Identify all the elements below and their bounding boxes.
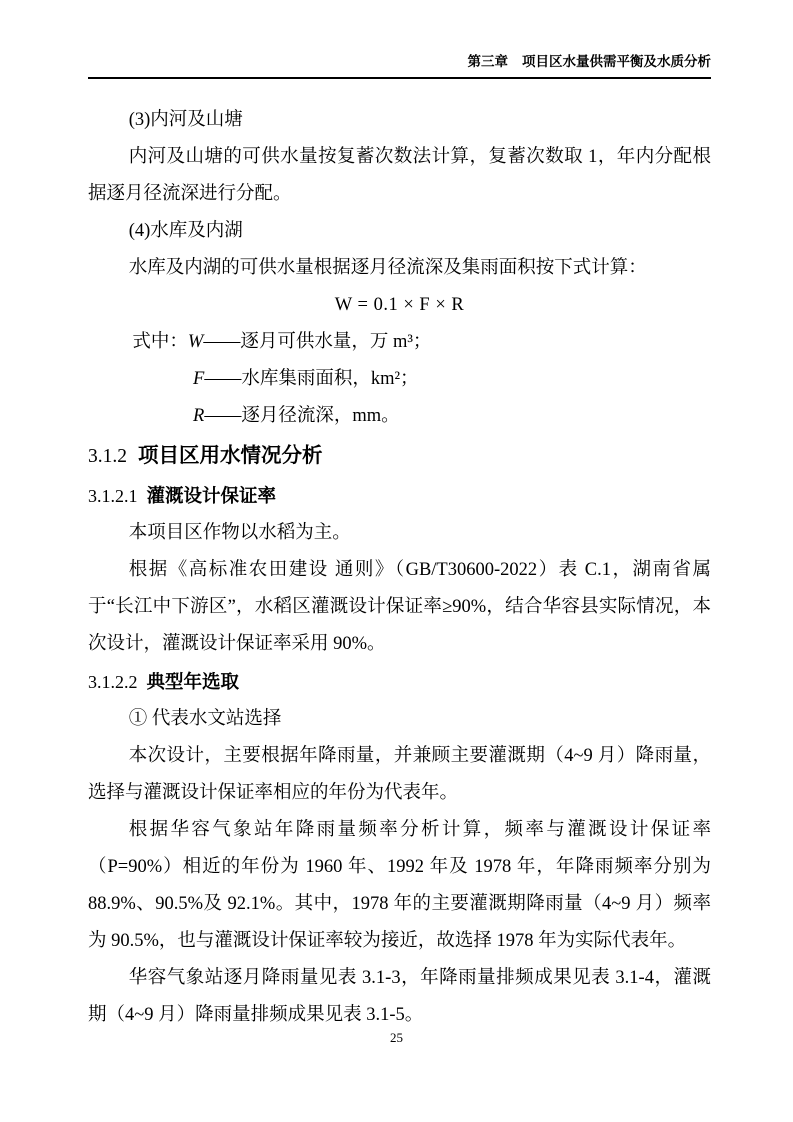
where-label: 式中： bbox=[132, 332, 188, 352]
definition-r: ——逐月径流深，mm。 bbox=[204, 406, 399, 426]
heading-3-1-2-1-irrigation-guarantee: 3.1.2.1灌溉设计保证率 bbox=[88, 477, 711, 515]
heading-number: 3.1.2 bbox=[88, 446, 127, 467]
header-chapter: 第三章 bbox=[468, 50, 509, 70]
document-page: 第三章 项目区水量供需平衡及水质分析 (3)内河及山塘 内河及山塘的可供水量按复… bbox=[0, 0, 793, 1122]
paragraph-frequency: 根据华容气象站年降雨量频率分析计算，频率与灌溉设计保证率（P=90%）相近的年份… bbox=[88, 812, 711, 960]
formula-def-line: F——水库集雨面积，km²； bbox=[88, 361, 711, 398]
heading-text: 典型年选取 bbox=[147, 671, 240, 692]
paragraph-inner-rivers-title: (3)内河及山塘 bbox=[88, 102, 711, 139]
page-number: 25 bbox=[390, 1030, 403, 1045]
heading-text: 灌溉设计保证率 bbox=[147, 485, 277, 506]
paragraph-reservoir-intro: 水库及内湖的可供水量根据逐月径流深及集雨面积按下式计算： bbox=[88, 250, 711, 287]
symbol-w: W bbox=[188, 332, 203, 352]
symbol-r: R bbox=[193, 406, 204, 426]
definition-w: ——逐月可供水量，万 m³； bbox=[203, 332, 431, 352]
heading-3-1-2-water-use: 3.1.2项目区用水情况分析 bbox=[88, 436, 711, 476]
heading-number: 3.1.2.1 bbox=[88, 486, 138, 506]
formula-water-supply: W = 0.1 × F × R bbox=[88, 287, 711, 324]
symbol-f: F bbox=[193, 369, 204, 389]
paragraph-standard: 根据《高标准农田建设 通则》（GB/T30600-2022）表 C.1，湖南省属… bbox=[88, 552, 711, 663]
paragraph-reservoir-title: (4)水库及内湖 bbox=[88, 213, 711, 250]
paragraph-inner-rivers: 内河及山塘的可供水量按复蓄次数法计算，复蓄次数取 1，年内分配根据逐月径流深进行… bbox=[88, 139, 711, 213]
document-body: (3)内河及山塘 内河及山塘的可供水量按复蓄次数法计算，复蓄次数取 1，年内分配… bbox=[88, 102, 711, 1034]
paragraph-crop: 本项目区作物以水稻为主。 bbox=[88, 515, 711, 552]
paragraph-station-title: ① 代表水文站选择 bbox=[88, 701, 711, 738]
paragraph-tables: 华容气象站逐月降雨量见表 3.1-3，年降雨量排频成果见表 3.1-4，灌溉期（… bbox=[88, 960, 711, 1034]
heading-text: 项目区用水情况分析 bbox=[138, 444, 323, 467]
formula-where-line: 式中：W——逐月可供水量，万 m³； bbox=[88, 324, 711, 361]
page-header: 第三章 项目区水量供需平衡及水质分析 bbox=[88, 50, 711, 79]
definition-f: ——水库集雨面积，km²； bbox=[204, 369, 418, 389]
formula-def-line: R——逐月径流深，mm。 bbox=[88, 398, 711, 435]
header-title: 项目区水量供需平衡及水质分析 bbox=[522, 50, 711, 70]
page-footer: 25 bbox=[0, 1030, 793, 1046]
heading-number: 3.1.2.2 bbox=[88, 672, 138, 692]
paragraph-station: 本次设计，主要根据年降雨量，并兼顾主要灌溉期（4~9 月）降雨量，选择与灌溉设计… bbox=[88, 738, 711, 812]
heading-3-1-2-2-typical-year: 3.1.2.2典型年选取 bbox=[88, 663, 711, 701]
